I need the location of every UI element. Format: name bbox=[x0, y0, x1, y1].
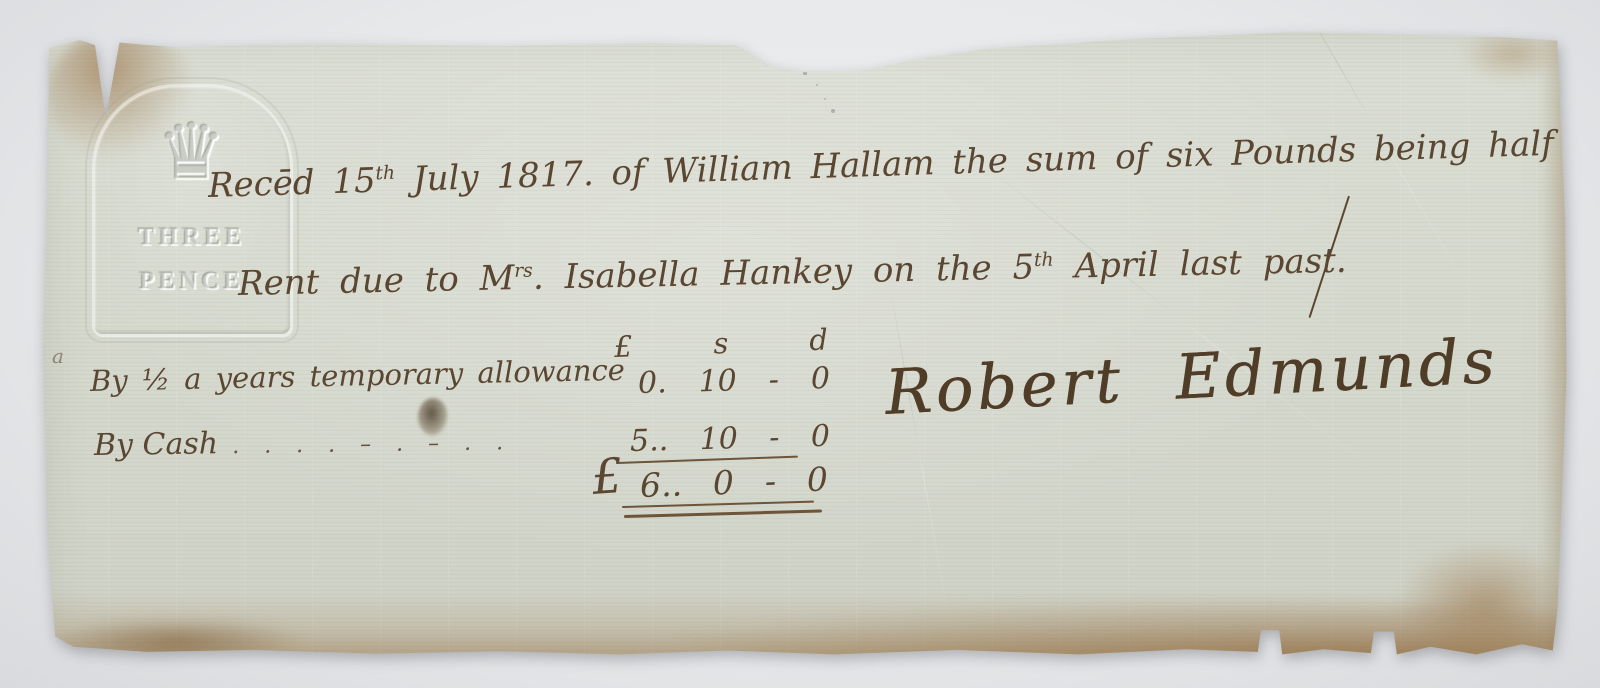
dash-separator: - bbox=[768, 362, 779, 397]
total-figures: 6.. 0 - 0 bbox=[639, 459, 828, 505]
stamp-text-three: THREE bbox=[94, 224, 290, 252]
receipt-line-2: Rent due to Mrs. Isabella Hankey on the … bbox=[238, 240, 1379, 304]
dash-separator: - bbox=[764, 461, 777, 500]
stain-bottom-left bbox=[46, 616, 306, 668]
stain-top-right bbox=[1458, 26, 1568, 82]
ink-smudge bbox=[792, 56, 798, 62]
account-row-cash-label: By Cash bbox=[94, 426, 219, 463]
crease-line bbox=[977, 160, 1403, 493]
receipt-line-2-text: Rent due to M bbox=[238, 258, 515, 304]
pounds-value: 0. bbox=[638, 365, 668, 401]
receipt-line-1: Recēd 15th July 1817. of William Hallam … bbox=[207, 125, 1503, 206]
crease-line bbox=[888, 279, 951, 634]
receipt-line-1-text: Recēd 15 bbox=[207, 161, 376, 206]
total-underline-2 bbox=[624, 509, 822, 518]
total-pounds-symbol: £ bbox=[590, 448, 624, 506]
account-row-cash: By Cash . . . . – . – . . bbox=[94, 420, 634, 463]
pence-value: 0 bbox=[806, 459, 828, 499]
receipt-paper: ♛ THREE PENCE Recēd 15th July 1817. of W… bbox=[0, 0, 1600, 688]
shillings-value: 0 bbox=[712, 463, 734, 503]
shillings-value: 10 bbox=[698, 363, 737, 399]
stain-bottom-middle bbox=[670, 598, 1600, 672]
dash-separator: - bbox=[769, 420, 780, 455]
pounds-value: 5.. bbox=[630, 423, 669, 459]
paper-sheet: ♛ THREE PENCE Recēd 15th July 1817. of W… bbox=[40, 26, 1568, 662]
stain-right-edge bbox=[1542, 26, 1572, 662]
signature: Robert Edmunds bbox=[883, 323, 1516, 429]
ordinal-superscript: th bbox=[375, 163, 395, 185]
shillings-value: 10 bbox=[699, 421, 738, 457]
account-row-allowance-figures: 0. 10 - 0 bbox=[638, 361, 831, 401]
receipt-line-1-rest: July 1817. of William Hallam the sum of … bbox=[395, 120, 1600, 200]
account-row-cash-figures: 5.. 10 - 0 bbox=[630, 419, 831, 459]
receipt-line-2-end: April last past. bbox=[1053, 241, 1347, 287]
receipt-line-2-mid: . Isabella Hankey on the 5 bbox=[532, 247, 1034, 297]
ordinal-superscript: rs bbox=[514, 260, 533, 281]
stain-bottom-right bbox=[1396, 542, 1576, 662]
dotted-leader: . . . . – . – . . bbox=[232, 428, 634, 459]
shillings-symbol: s bbox=[713, 326, 729, 360]
stain-bottom-band bbox=[40, 590, 1568, 662]
pence-value: 0 bbox=[810, 419, 830, 454]
pence-symbol: d bbox=[809, 323, 829, 358]
pounds-value: 6.. bbox=[639, 465, 682, 505]
ordinal-superscript: th bbox=[1034, 250, 1054, 271]
margin-stray-mark: a bbox=[52, 344, 64, 368]
account-row-allowance-label: By ½ a years temporary allowance bbox=[90, 353, 626, 398]
currency-column-header: £ s d bbox=[613, 323, 828, 364]
photo-backdrop: ♛ THREE PENCE Recēd 15th July 1817. of W… bbox=[0, 0, 1600, 688]
pence-value: 0 bbox=[810, 361, 830, 396]
